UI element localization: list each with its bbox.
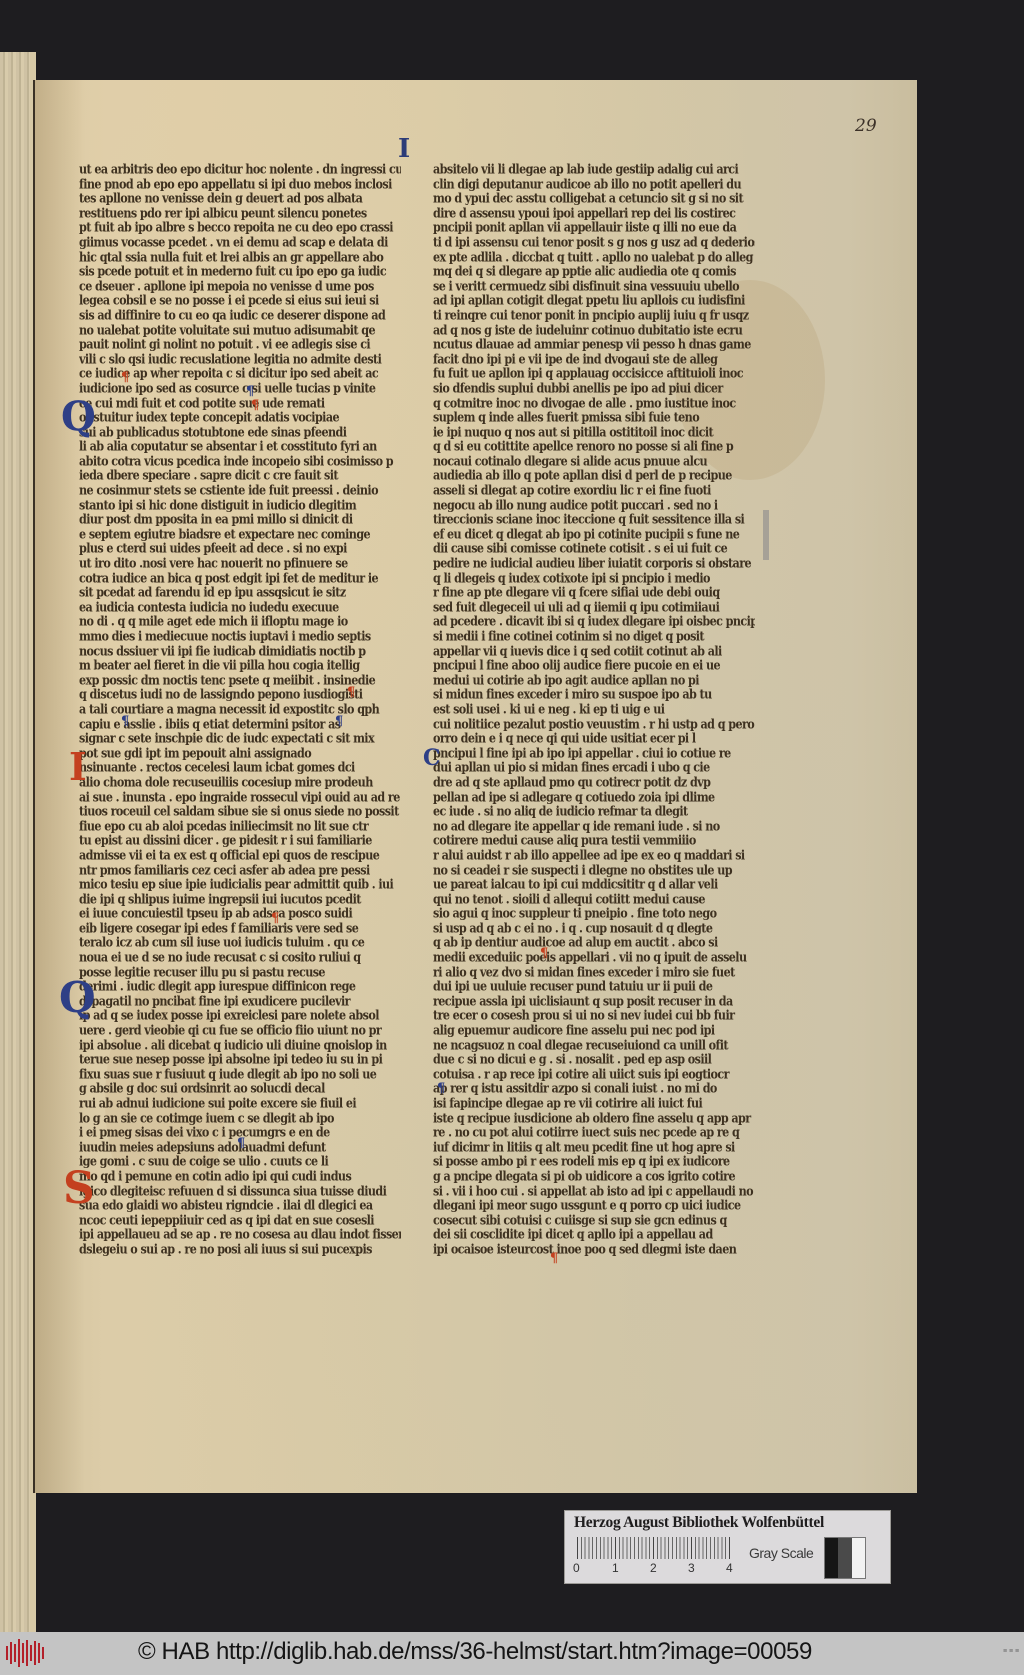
manuscript-text-line: mo qd i pemune en cotin adio ipi qui cud… bbox=[79, 1168, 401, 1184]
manuscript-text-line: onstuitur iudex tepte concepit adatis vo… bbox=[79, 409, 401, 425]
preceding-pages-edge bbox=[0, 52, 30, 1632]
folio-number: 29 bbox=[855, 116, 877, 136]
manuscript-text-line: giimus vocasse pcedet . vn ei demu ad sc… bbox=[79, 234, 401, 250]
manuscript-text-line: absitelo vii li dlegae ap lab iude gesti… bbox=[433, 161, 755, 177]
tick-label: 4 bbox=[726, 1561, 733, 1575]
manuscript-text-line: asseli si dlegat ap cotire exordiu lic r… bbox=[433, 482, 755, 498]
manuscript-text-line: g a pncipe dlegata si pi ob uidicore a c… bbox=[433, 1168, 755, 1184]
manuscript-text-line: dslegeiu o sui ap . re no posi ali iuus … bbox=[79, 1241, 401, 1257]
library-name: Herzog August Bibliothek Wolfenbüttel bbox=[574, 1514, 824, 1532]
tick-label: 0 bbox=[573, 1561, 580, 1575]
gray-scale-swatches bbox=[824, 1537, 866, 1579]
manuscript-text-line: dre ad q ste apllaud pmo qu cotirecr pot… bbox=[433, 774, 755, 790]
manuscript-text-line: uere . gerd vieobie qi cu fue se officio… bbox=[79, 1022, 401, 1038]
swatch-gray bbox=[838, 1538, 851, 1578]
manuscript-text-line: isi fapincipe dlegae ap re vii cotirire … bbox=[433, 1095, 755, 1111]
manuscript-text-line: r alui auidst r ab illo appellee ad ipe … bbox=[433, 847, 755, 863]
paragraph-mark-blue: ¶ bbox=[437, 1082, 445, 1095]
manuscript-text-line: ne cosinmur stets se cstiente ide fuit p… bbox=[79, 482, 401, 498]
manuscript-text-line: ti d ipi assensu cui tenor posit s g nos… bbox=[433, 234, 755, 250]
manuscript-leaf: 29 I ut ea arbitris deo epo dicitur hoc … bbox=[33, 80, 917, 1493]
manuscript-text-line: ti reinqre cui tenor ponit in pncipio au… bbox=[433, 307, 755, 323]
manuscript-text-line: pedire ne iudicial audieu liber iuiatit … bbox=[433, 555, 755, 571]
paragraph-mark-red: ¶ bbox=[347, 686, 355, 699]
manuscript-text-line: rui ab adnui iudicione sui poite excere … bbox=[79, 1095, 401, 1111]
paragraph-mark-red: ¶ bbox=[550, 1252, 558, 1265]
tick-label: 2 bbox=[650, 1561, 657, 1575]
manuscript-text-line: ue pareat ialcau to ipi cui mddicsititr … bbox=[433, 876, 755, 892]
footer-mini-mark: ≡ ≡ ≡ bbox=[1003, 1648, 1019, 1655]
manuscript-text-line: medii exceduiic poeis appellari . vii no… bbox=[433, 949, 755, 965]
manuscript-text-line: est soli usei . ki ui e neg . ki ep ti u… bbox=[433, 701, 755, 717]
paragraph-mark-red: ¶ bbox=[251, 399, 259, 412]
paragraph-mark-blue: ¶ bbox=[335, 715, 343, 728]
manuscript-text-line: admisse vii ei ta ex est q official epi … bbox=[79, 847, 401, 863]
marginal-mark bbox=[763, 510, 769, 560]
gray-scale-label: Gray Scale bbox=[749, 1545, 813, 1561]
manuscript-text-line: sis ad diffinire to cu eo qa iudic ce de… bbox=[79, 307, 401, 323]
initial-q-blue: Q bbox=[61, 397, 96, 437]
initial-i-red: I bbox=[69, 748, 87, 786]
manuscript-text-line: ut ea arbitris deo epo dicitur hoc nolen… bbox=[79, 161, 401, 177]
paragraph-mark-blue: ¶ bbox=[121, 715, 129, 728]
hab-logo-icon bbox=[5, 1638, 47, 1668]
manuscript-text-line: alio choma dole recuseuiliis cocesiup mi… bbox=[79, 774, 401, 790]
paragraph-mark-blue: ¶ bbox=[237, 1137, 245, 1150]
ruler bbox=[577, 1537, 733, 1559]
paragraph-mark-blue: ¶ bbox=[246, 385, 254, 398]
ruler-tick-labels: 0 1 2 3 4 bbox=[573, 1561, 753, 1577]
initial-c-blue: C bbox=[423, 747, 441, 769]
manuscript-text-line: mmo dies i mediecuue noctis iuptavi i me… bbox=[79, 628, 401, 644]
manuscript-text-line: noua ei ue d se no iude recusat c si cos… bbox=[79, 949, 401, 965]
manuscript-text-line: sio dfendis suplui dubbi anellis pe ipo … bbox=[433, 380, 755, 396]
manuscript-text-line: ut iro dito .nosi vere hac nouerit no pf… bbox=[79, 555, 401, 571]
right-text-column: absitelo vii li dlegae ap lab iude gesti… bbox=[433, 162, 755, 1257]
paragraph-mark-red: ¶ bbox=[121, 371, 129, 384]
manuscript-text-line: si medii i fine cotinei cotinim si no di… bbox=[433, 628, 755, 644]
paragraph-mark-red: ¶ bbox=[271, 912, 279, 925]
manuscript-text-line: mico tesiu ep siue ipie iudicialis pear … bbox=[79, 876, 401, 892]
tick-label: 1 bbox=[612, 1561, 619, 1575]
color-scale-card: Herzog August Bibliothek Wolfenbüttel 0 … bbox=[564, 1510, 891, 1584]
swatch-white bbox=[852, 1538, 865, 1578]
swatch-black bbox=[825, 1538, 838, 1578]
left-text-column: ut ea arbitris deo epo dicitur hoc nolen… bbox=[79, 162, 401, 1257]
initial-q-blue-2: Q bbox=[59, 977, 96, 1019]
image-viewer: 29 I ut ea arbitris deo epo dicitur hoc … bbox=[0, 0, 1024, 1632]
initial-s-red: S bbox=[63, 1167, 95, 1211]
manuscript-text-line: suplem q inde alles fuerit pmissa sibi f… bbox=[433, 409, 755, 425]
footer-bar: © HAB http://diglib.hab.de/mss/36-helmst… bbox=[0, 1632, 1024, 1675]
paragraph-mark-red: ¶ bbox=[540, 947, 548, 960]
manuscript-text-line: ipi ocaisoe isteurcost inoe poo q sed dl… bbox=[433, 1241, 755, 1257]
copyright-url[interactable]: © HAB http://diglib.hab.de/mss/36-helmst… bbox=[138, 1638, 812, 1666]
tick-label: 3 bbox=[688, 1561, 695, 1575]
top-initial: I bbox=[398, 136, 410, 162]
manuscript-text-line: alig epuemur audicore fine asselu pui ne… bbox=[433, 1022, 755, 1038]
